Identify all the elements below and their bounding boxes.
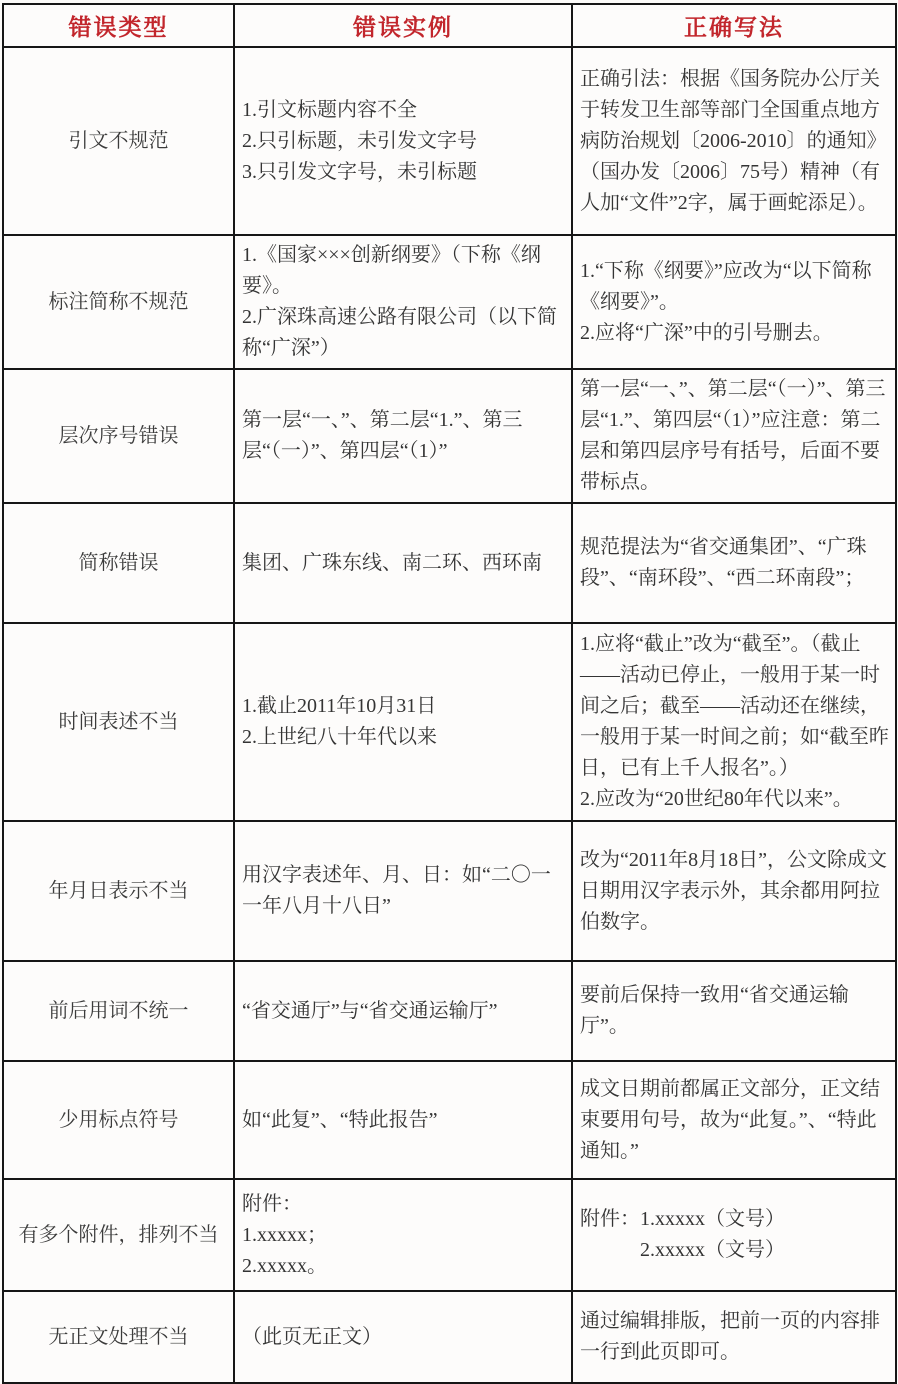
- example-cell: （此页无正文）: [234, 1291, 572, 1383]
- error-type-cell: 前后用词不统一: [3, 961, 234, 1061]
- table-row: 少用标点符号 如“此复”、“特此报告” 成文日期前都属正文部分，正文结束要用句号…: [3, 1061, 896, 1179]
- error-type-cell: 层次序号错误: [3, 369, 234, 503]
- error-type-cell: 简称错误: [3, 503, 234, 623]
- example-cell: 1.《国家×××创新纲要》（下称《纲要》。 2.广深珠高速公路有限公司（以下简称…: [234, 235, 572, 369]
- table-row: 简称错误 集团、广珠东线、南二环、西环南 规范提法为“省交通集团”、“广珠段”、…: [3, 503, 896, 623]
- header-correct-writing: 正确写法: [572, 4, 896, 47]
- error-type-cell: 无正文处理不当: [3, 1291, 234, 1383]
- example-cell: 第一层“一、”、第二层“1.”、第三层“（一）”、第四层“（1）”: [234, 369, 572, 503]
- table-row: 引文不规范 1.引文标题内容不全 2.只引标题，未引发文字号 3.只引发文字号，…: [3, 47, 896, 235]
- correct-cell: 要前后保持一致用“省交通运输厅”。: [572, 961, 896, 1061]
- correct-cell: 规范提法为“省交通集团”、“广珠段”、“南环段”、“西二环南段”；: [572, 503, 896, 623]
- example-cell: 用汉字表述年、月、日：如“二〇一一年八月十八日”: [234, 821, 572, 961]
- error-type-cell: 有多个附件，排列不当: [3, 1179, 234, 1291]
- correct-cell: 改为“2011年8月18日”，公文除成文日期用汉字表示外，其余都用阿拉伯数字。: [572, 821, 896, 961]
- table-row: 时间表述不当 1.截止2011年10月31日 2.上世纪八十年代以来 1.应将“…: [3, 623, 896, 821]
- example-cell: 1.引文标题内容不全 2.只引标题，未引发文字号 3.只引发文字号，未引标题: [234, 47, 572, 235]
- table-row: 标注简称不规范 1.《国家×××创新纲要》（下称《纲要》。 2.广深珠高速公路有…: [3, 235, 896, 369]
- header-error-example: 错误实例: [234, 4, 572, 47]
- error-type-cell: 少用标点符号: [3, 1061, 234, 1179]
- table-row: 年月日表示不当 用汉字表述年、月、日：如“二〇一一年八月十八日” 改为“2011…: [3, 821, 896, 961]
- error-type-cell: 标注简称不规范: [3, 235, 234, 369]
- header-row: 错误类型 错误实例 正确写法: [3, 4, 896, 47]
- document-page: 错误类型 错误实例 正确写法 引文不规范 1.引文标题内容不全 2.只引标题，未…: [0, 0, 898, 1384]
- correct-cell: 第一层“一、”、第二层“（一）”、第三层“1.”、第四层“（1）”应注意：第二层…: [572, 369, 896, 503]
- correct-cell: 成文日期前都属正文部分，正文结束要用句号，故为“此复。”、“特此通知。”: [572, 1061, 896, 1179]
- correct-cell: 附件：1.xxxxx（文号） 2.xxxxx（文号）: [572, 1179, 896, 1291]
- correct-cell: 正确引法：根据《国务院办公厅关于转发卫生部等部门全国重点地方病防治规划〔2006…: [572, 47, 896, 235]
- table-row: 无正文处理不当 （此页无正文） 通过编辑排版，把前一页的内容排一行到此页即可。: [3, 1291, 896, 1383]
- example-cell: 1.截止2011年10月31日 2.上世纪八十年代以来: [234, 623, 572, 821]
- example-cell: “省交通厅”与“省交通运输厅”: [234, 961, 572, 1061]
- correct-cell: 通过编辑排版，把前一页的内容排一行到此页即可。: [572, 1291, 896, 1383]
- table-row: 有多个附件，排列不当 附件： 1.xxxxx； 2.xxxxx。 附件：1.xx…: [3, 1179, 896, 1291]
- error-types-table: 错误类型 错误实例 正确写法 引文不规范 1.引文标题内容不全 2.只引标题，未…: [2, 3, 897, 1384]
- example-cell: 附件： 1.xxxxx； 2.xxxxx。: [234, 1179, 572, 1291]
- correct-cell: 1.“下称《纲要》”应改为“以下简称《纲要》”。 2.应将“广深”中的引号删去。: [572, 235, 896, 369]
- table-row: 前后用词不统一 “省交通厅”与“省交通运输厅” 要前后保持一致用“省交通运输厅”…: [3, 961, 896, 1061]
- error-type-cell: 引文不规范: [3, 47, 234, 235]
- table-row: 层次序号错误 第一层“一、”、第二层“1.”、第三层“（一）”、第四层“（1）”…: [3, 369, 896, 503]
- error-type-cell: 年月日表示不当: [3, 821, 234, 961]
- example-cell: 集团、广珠东线、南二环、西环南: [234, 503, 572, 623]
- header-error-type: 错误类型: [3, 4, 234, 47]
- error-type-cell: 时间表述不当: [3, 623, 234, 821]
- correct-cell: 1.应将“截止”改为“截至”。（截止——活动已停止，一般用于某一时间之后；截至—…: [572, 623, 896, 821]
- example-cell: 如“此复”、“特此报告”: [234, 1061, 572, 1179]
